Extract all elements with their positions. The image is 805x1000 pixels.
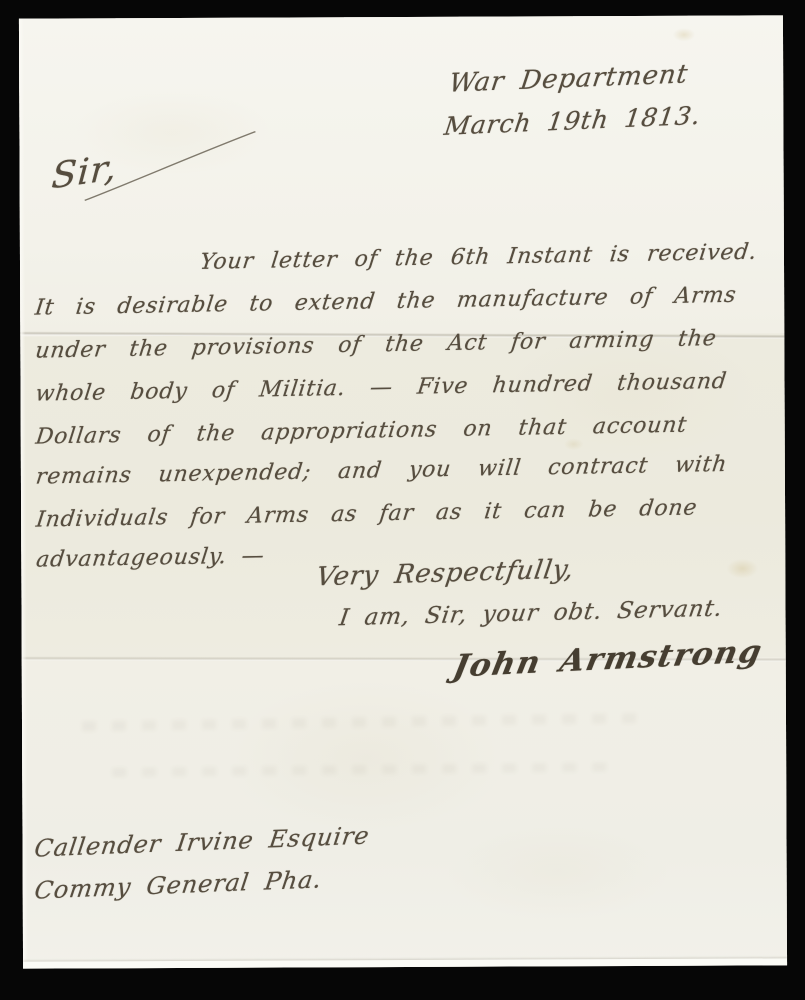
letter-paper: War Department March 19th 1813. Sir, You… [19,15,787,968]
photograph-background: War Department March 19th 1813. Sir, You… [0,0,805,1000]
paper-band-bottom [19,657,787,968]
